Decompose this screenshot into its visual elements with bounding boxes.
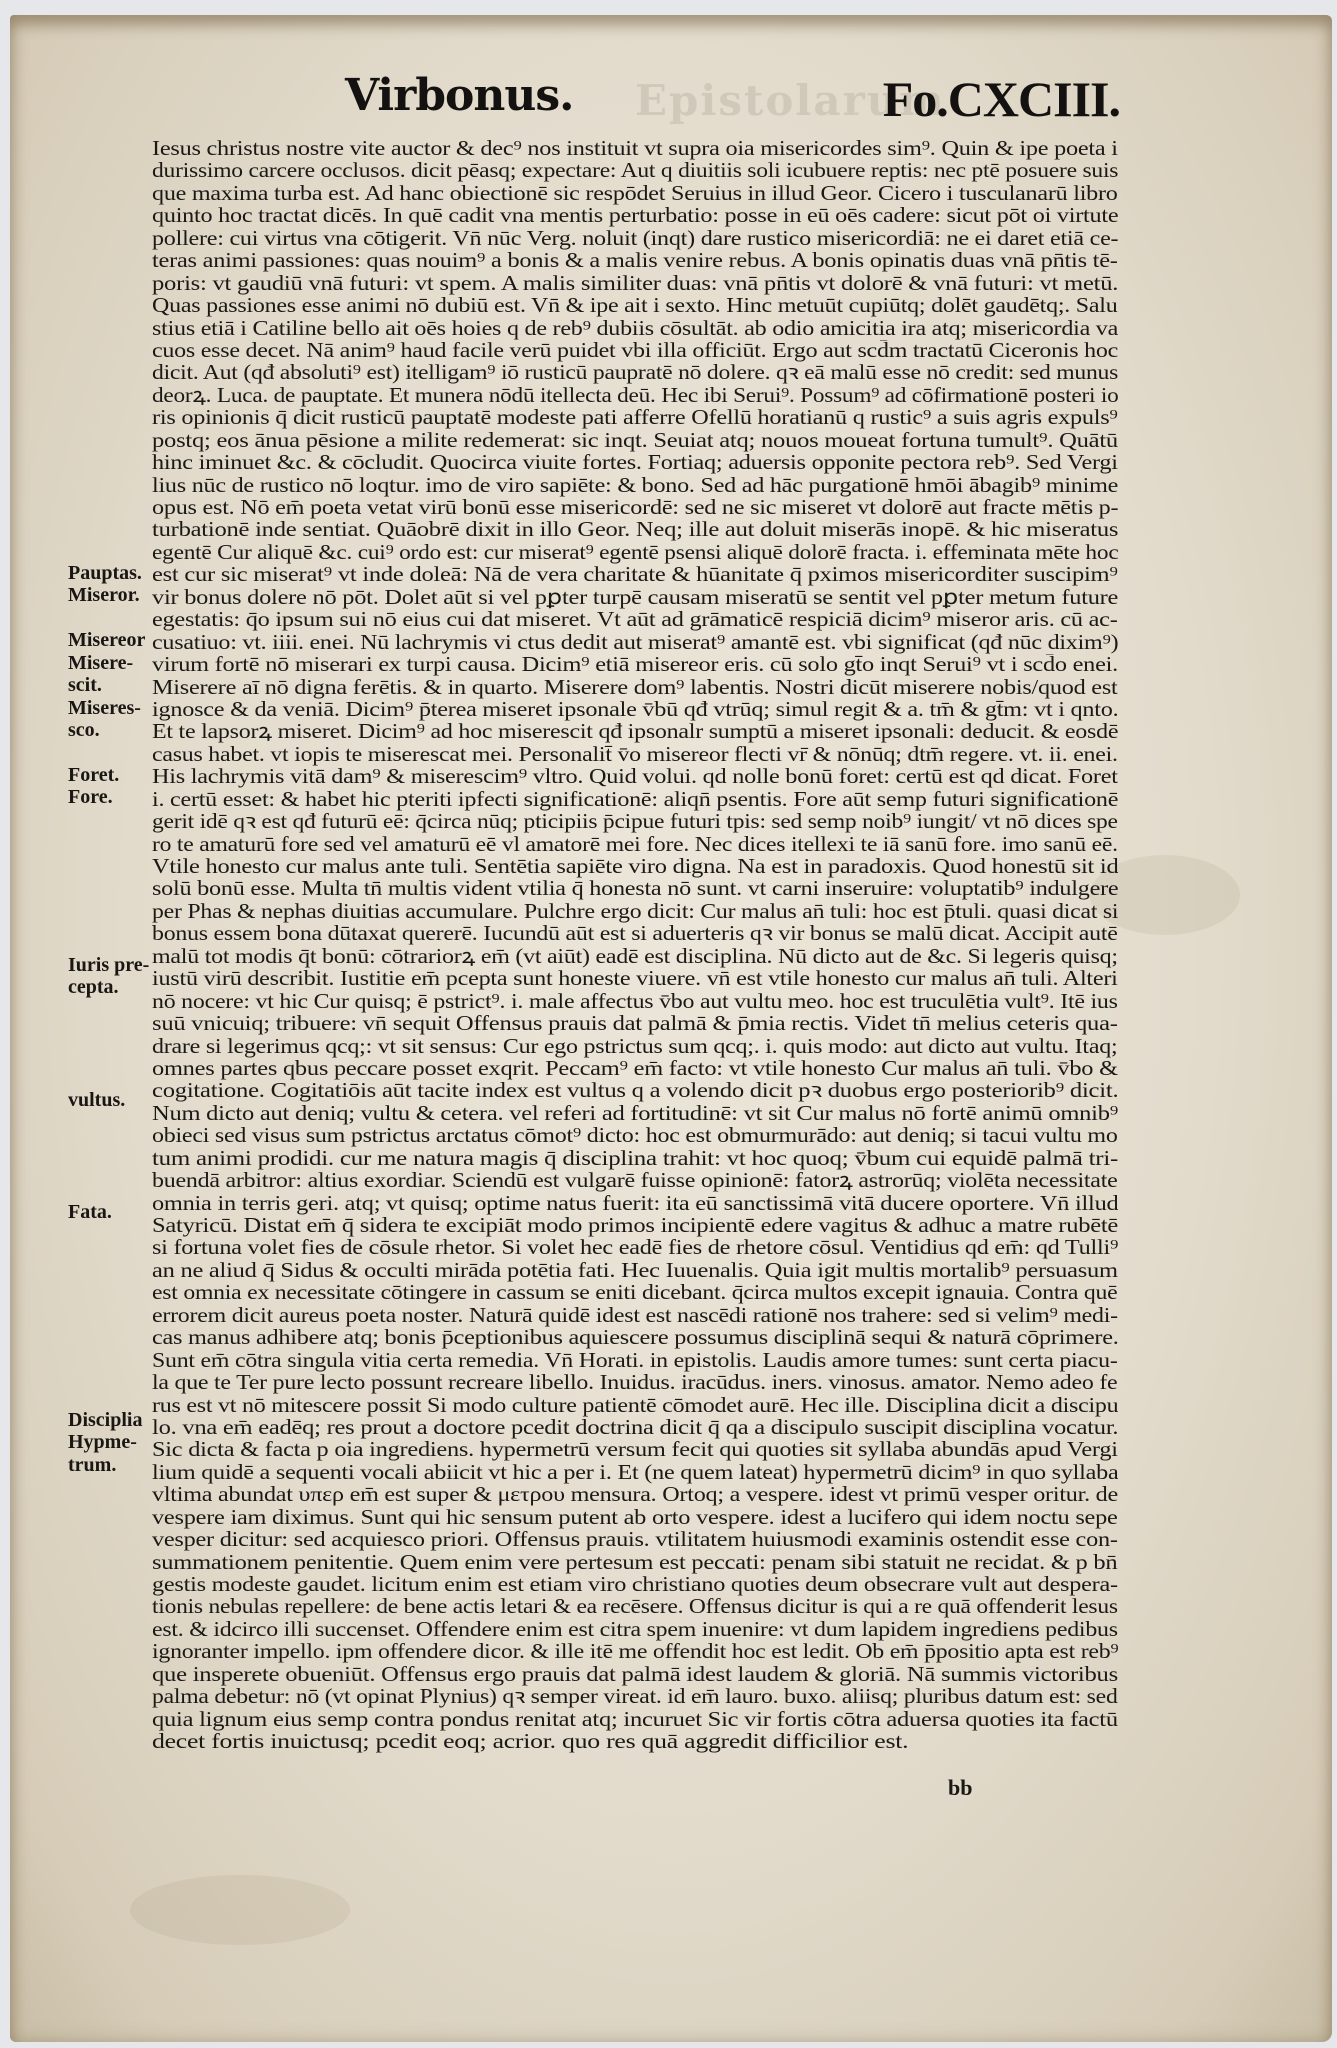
text-line: cas manus adhibere atq; bonis p̄ceptioni… — [152, 1327, 1118, 1349]
text-line: pollere: cui virtus vna cōtigerit. Vn̄ n… — [152, 228, 1118, 250]
text-line: suū vnicuiq; tribuere: vn̄ sequit Offens… — [152, 1013, 1118, 1035]
margin-note: Foret. — [68, 765, 119, 785]
text-line: teras animi passiones: quas nouim⁹ a bon… — [152, 250, 1118, 272]
margin-note: Miseror. — [68, 585, 140, 605]
text-line: cuos esse decet. Nā anim⁹ haud facile ve… — [152, 340, 1118, 362]
text-line: nō nocere: vt hic Cur quisq; ē pstrict⁹.… — [152, 991, 1118, 1013]
text-line: omnes partes qbus peccare posset exqrit.… — [152, 1058, 1118, 1080]
text-line: hinc iminuet &c. & cōcludit. Quocirca vi… — [152, 452, 1118, 474]
text-line: buendā arbitror: altius exordiar. Sciend… — [152, 1170, 1118, 1192]
text-line: summationem penitentie. Quem enim vere p… — [152, 1552, 1118, 1574]
text-line: His lachrymis vitā dam⁹ & miserescim⁹ vl… — [152, 766, 1118, 788]
text-line: Num dicto aut deniq; vultu & cetera. vel… — [152, 1103, 1118, 1125]
folio-number: Fo.CXCIII. — [883, 70, 1120, 128]
text-line: drare si legerimus qcq;: vt sit sensus: … — [152, 1036, 1118, 1058]
text-line: ro te amaturū fore sed vel amaturū eē vl… — [152, 834, 1118, 856]
text-line: Et te lapsorꝝ miseret. Dicim⁹ ad hoc mis… — [152, 721, 1118, 743]
text-line: i. certū esset: & habet hic pteriti ipfe… — [152, 789, 1118, 811]
text-line: palma debetur: nō (vt opinat Plynius) qꝛ… — [152, 1686, 1118, 1708]
text-line: postq; eos ānua pēsione a milite redemer… — [152, 430, 1118, 452]
margin-note: Fore. — [68, 787, 113, 807]
text-line: lo. vna em̄ eadēq; res prout a doctore p… — [152, 1417, 1118, 1439]
text-line: omnia in terris geri. atq; vt quisq; opt… — [152, 1193, 1118, 1215]
text-line: iustū virū describit. Iustitie em̄ pcept… — [152, 968, 1118, 990]
text-line: malū tot modis q̄t bonū: cōtrariorꝝ em̄ … — [152, 946, 1118, 968]
text-line: stius etiā i Catiline bello ait oēs hoie… — [152, 318, 1118, 340]
text-line: durissimo carcere occlusos. dicit pēasq;… — [152, 160, 1118, 182]
text-line: que insperete obueniūt. Offensus ergo pr… — [152, 1664, 1118, 1686]
margin-note: Iuris pre- — [68, 955, 149, 975]
text-line: vespere iam diximus. Sunt qui hic sensum… — [152, 1507, 1118, 1529]
text-line: turbationē inde sentiat. Quāobrē dixit i… — [152, 519, 1118, 541]
margin-note: sco. — [68, 720, 100, 740]
text-line: gestis modeste gaudet. licitum enim est … — [152, 1574, 1118, 1596]
text-line: vltima abundat υπερ em̄ est super & μετρ… — [152, 1484, 1118, 1506]
text-line: an ne aliud q̄ Sidus & occulti mirāda po… — [152, 1260, 1118, 1282]
text-line: egestatis: q̄o ipsum sui nō eius cui dat… — [152, 609, 1118, 631]
text-line: rus est vt nō mitescere possit Si modo c… — [152, 1395, 1118, 1417]
text-line: est omnia ex necessitate cōtingere in ca… — [152, 1282, 1118, 1304]
text-line: ignoranter impello. ipm offendere dicor.… — [152, 1641, 1118, 1663]
text-line: tum animi prodidi. cur me natura magis q… — [152, 1148, 1118, 1170]
text-line: ris opinionis q̄ dicit rusticū pauptatē … — [152, 407, 1118, 429]
text-line: poris: vt gaudiū vnā futuri: vt spem. A … — [152, 273, 1118, 295]
page-header: Epistolarum Virbonus. Fo.CXCIII. — [340, 70, 1120, 132]
margin-note: Fata. — [68, 1202, 112, 1222]
margin-note: Pauptas. — [68, 563, 142, 583]
text-line: Iesus christus nostre vite auctor & dec⁹… — [152, 138, 1118, 160]
text-line: bonus essem bona dūtaxat quererē. Iucund… — [152, 923, 1118, 945]
commentary-text-block: Iesus christus nostre vite auctor & dec⁹… — [152, 138, 1118, 1754]
margin-note: scit. — [68, 675, 102, 695]
margin-note: cepta. — [68, 977, 119, 997]
running-title: Virbonus. — [345, 70, 573, 121]
text-line: est. & idcirco illi succenset. Offendere… — [152, 1619, 1118, 1641]
text-line: ignosce & da veniā. Dicim⁹ p̄terea miser… — [152, 699, 1118, 721]
text-line: casus habet. vt iopis te miserescat mei.… — [152, 744, 1118, 766]
text-line: la que te Ter pure lecto possunt recrear… — [152, 1372, 1118, 1394]
text-line: cogitatione. Cogitatiōis aūt tacite inde… — [152, 1080, 1118, 1102]
text-line: que maxima turba est. Ad hanc obiectionē… — [152, 183, 1118, 205]
text-line: per Phas & nephas diuitias accumulare. P… — [152, 901, 1118, 923]
signature-mark: bb — [948, 1775, 972, 1801]
text-line: tionis nebulas repellere: de bene actis … — [152, 1596, 1118, 1618]
text-line: vir bonus dolere nō pōt. Dolet aūt si ve… — [152, 587, 1118, 609]
text-line: solū bonū esse. Multa tn̄ multis vident … — [152, 878, 1118, 900]
text-line: decet fortis inuictusq; pcedit eoq; acri… — [152, 1731, 1118, 1753]
text-line: Quas passiones esse animi nō dubiū est. … — [152, 295, 1118, 317]
text-line: Satyricū. Distat em̄ q̄ sidera te excipi… — [152, 1215, 1118, 1237]
text-line: vesper dicitur: sed acquiesco priori. Of… — [152, 1529, 1118, 1551]
text-line: obieci sed visus sum pstrictus arctatus … — [152, 1125, 1118, 1147]
text-line: gerit idē qꝛ est qđ futurū eē: q̄circa n… — [152, 811, 1118, 833]
text-line: errorem dicit aureus poeta noster. Natur… — [152, 1305, 1118, 1327]
text-line: Vtile honesto cur malus ante tuli. Sentē… — [152, 856, 1118, 878]
text-line: quia lignum eius semp contra pondus reni… — [152, 1709, 1118, 1731]
margin-note: Hypme- — [68, 1432, 137, 1452]
text-line: est cur sic miserat⁹ vt inde doleā: Nā d… — [152, 564, 1118, 586]
text-line: Sunt em̄ cōtra singula vitia certa remed… — [152, 1350, 1118, 1372]
margin-note: trum. — [68, 1455, 116, 1475]
stain — [130, 1875, 350, 1945]
text-line: lium quidē a sequenti vocali abiicit vt … — [152, 1462, 1118, 1484]
margin-note: Miseres- — [68, 698, 141, 718]
text-line: dicit. Aut (qđ absoluti⁹ est) itelligam⁹… — [152, 362, 1118, 384]
text-line: egentē Cur aliquē &c. cui⁹ ordo est: cur… — [152, 542, 1118, 564]
text-line: Sic dicta & facta p oia ingrediens. hype… — [152, 1439, 1118, 1461]
margin-note: Misereor — [68, 630, 145, 650]
text-line: deorꝝ. Luca. de pauptate. Et munera nōdū… — [152, 385, 1118, 407]
text-line: cusatiuo: vt. iiii. enei. Nū lachrymis v… — [152, 632, 1118, 654]
margin-note: vultus. — [68, 1090, 125, 1110]
text-line: si fortuna volet fies de cōsule rhetor. … — [152, 1237, 1118, 1259]
margin-note: Misere- — [68, 653, 133, 673]
margin-note: Disciplia — [68, 1410, 142, 1430]
text-line: lius nūc de rustico nō loqtur. imo de vi… — [152, 475, 1118, 497]
text-line: virum fortē nō miserari ex turpi causa. … — [152, 654, 1118, 676]
text-line: Miserere aī nō digna ferētis. & in quart… — [152, 677, 1118, 699]
text-line: quinto hoc tractat dicēs. In quē cadit v… — [152, 205, 1118, 227]
text-line: opus est. Nō em̄ poeta vetat virū bonū e… — [152, 497, 1118, 519]
